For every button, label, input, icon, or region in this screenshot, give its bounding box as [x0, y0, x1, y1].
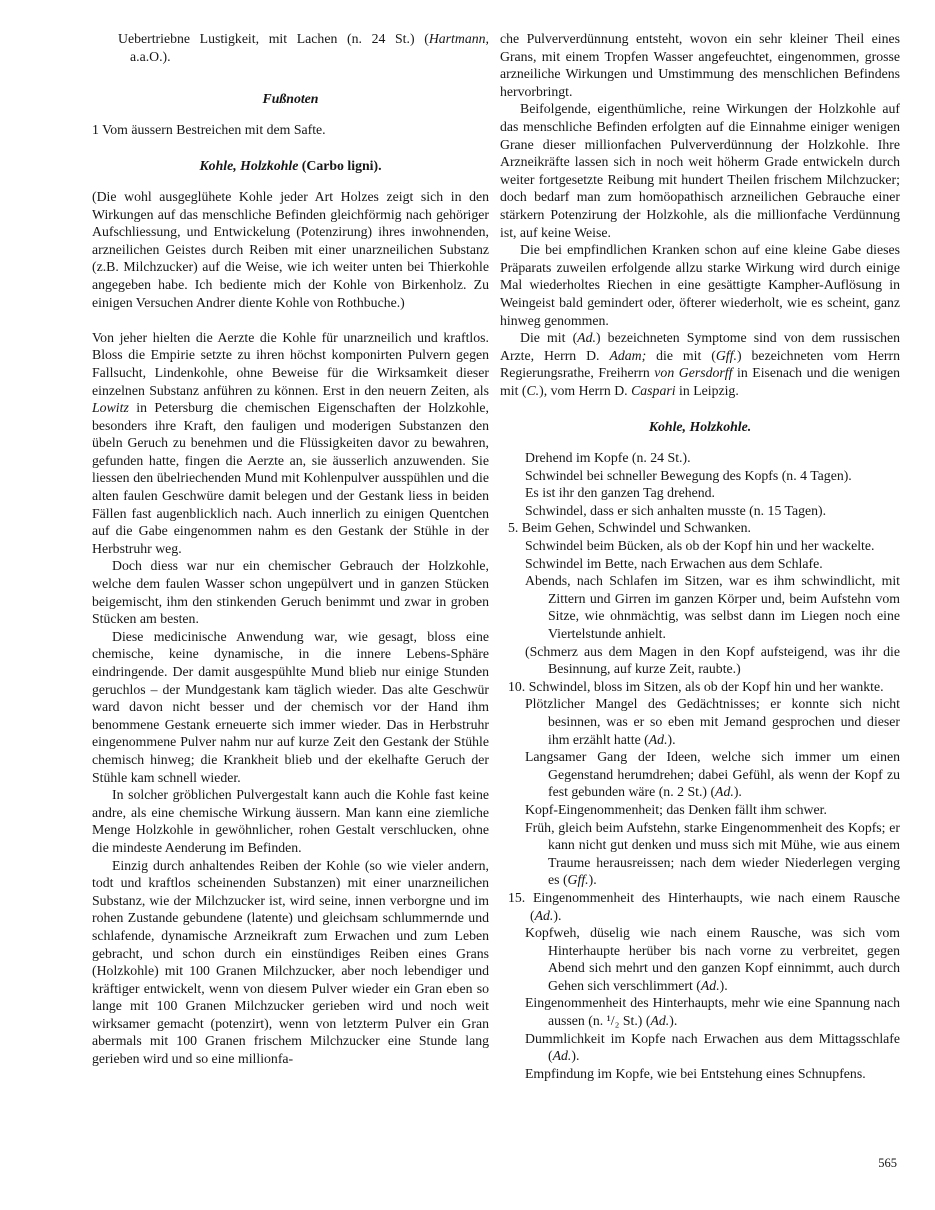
text-segment: ). — [720, 978, 728, 993]
text-segment: Beifolgende, eigenthümliche, reine Wirku… — [500, 101, 900, 239]
symptom-item: Dummlichkeit im Kopfe nach Erwachen aus … — [500, 1030, 900, 1065]
symptom-item: 10. Schwindel, bloss im Sitzen, als ob d… — [500, 678, 900, 696]
text-segment: Langsamer Gang der Ideen, welche sich im… — [525, 749, 900, 799]
text-segment: Die mit ( — [520, 330, 577, 345]
text-segment: Gff. — [568, 872, 589, 887]
text-segment: Schwindel bei schneller Bewegung des Kop… — [525, 468, 852, 483]
text-segment: Beim Gehen, Schwindel und Schwanken. — [522, 520, 751, 535]
symptom-number: 5. — [508, 520, 522, 535]
text-segment: a.a.O.). — [130, 49, 171, 64]
text-segment: Ad. — [535, 908, 554, 923]
text-segment: Ad. — [553, 1048, 572, 1063]
symptom-item: Schwindel bei schneller Bewegung des Kop… — [500, 467, 900, 485]
columns: Uebertriebne Lustigkeit, mit Lachen (n. … — [92, 30, 900, 1082]
text-segment: Uebertriebne Lustigkeit, mit Lachen (n. … — [118, 31, 429, 46]
text-segment: Einzig durch anhaltendes Reiben der Kohl… — [92, 858, 489, 1067]
text-segment: Ad. — [715, 784, 734, 799]
chapter-heading: Kohle, Holzkohle (Carbo ligni). — [92, 157, 489, 175]
text-segment: Ad. — [649, 732, 668, 747]
text-segment: Schwindel, bloss im Sitzen, als ob der K… — [529, 679, 884, 694]
text-segment: In solcher gröblichen Pulvergestalt kann… — [92, 787, 489, 855]
text-segment: in Petersburg die chemischen Eigenschaft… — [92, 400, 489, 556]
text-segment: Doch diess war nur ein chemischer Gebrau… — [92, 558, 489, 626]
paragraph: In solcher gröblichen Pulvergestalt kann… — [92, 786, 489, 856]
text-segment: Hartmann, — [429, 31, 489, 46]
text-segment: Adam; — [609, 348, 646, 363]
text-segment: Caspari — [631, 383, 675, 398]
text-segment: ). — [734, 784, 742, 799]
paragraph: (Die wohl ausgeglühete Kohle jeder Art H… — [92, 188, 489, 311]
symptom-number: 15. — [508, 890, 533, 905]
text-segment: Ad. — [577, 330, 596, 345]
symptom-item: Plötzlicher Mangel des Gedächtnisses; er… — [500, 695, 900, 748]
symptom-item: Früh, gleich beim Aufstehn, starke Einge… — [500, 819, 900, 889]
text-segment: Drehend im Kopfe (n. 24 St.). — [525, 450, 691, 465]
paragraph: Einzig durch anhaltendes Reiben der Kohl… — [92, 857, 489, 1068]
text-segment: (Die wohl ausgeglühete Kohle jeder Art H… — [92, 189, 489, 310]
paragraph: Beifolgende, eigenthümliche, reine Wirku… — [500, 100, 900, 241]
text-segment: Kopf-Eingenommenheit; das Denken fällt i… — [525, 802, 827, 817]
text-segment: Plötzlicher Mangel des Gedächtnisses; er… — [525, 696, 900, 746]
symptom-item: Drehend im Kopfe (n. 24 St.). — [500, 449, 900, 467]
paragraph: Doch diess war nur ein chemischer Gebrau… — [92, 557, 489, 627]
text-segment: Die bei empfindlichen Kranken schon auf … — [500, 242, 900, 327]
text-segment: in Leipzig. — [676, 383, 739, 398]
text-segment: (Carbo ligni). — [298, 158, 381, 173]
text-segment: Es ist ihr den ganzen Tag drehend. — [525, 485, 715, 500]
text-segment: Schwindel, dass er sich anhalten musste … — [525, 503, 826, 518]
page-number: 565 — [878, 1156, 897, 1170]
text-segment: Ad. — [701, 978, 720, 993]
text-segment: ). — [668, 732, 676, 747]
right-paragraphs: che Pulververdünnung entsteht, wovon ein… — [500, 30, 900, 399]
text-segment: ). — [571, 1048, 579, 1063]
symptom-item: 15. Eingenommenheit des Hinterhaupts, wi… — [500, 889, 900, 924]
paragraph: Diese medicinische Anwendung war, wie ge… — [92, 628, 489, 786]
text-segment: Schwindel beim Bücken, als ob der Kopf h… — [525, 538, 874, 553]
text-segment: ), vom Herrn D. — [539, 383, 631, 398]
text-segment: Eingenommenheit des Hinterhaupts, mehr w… — [525, 995, 900, 1028]
book-page: Uebertriebne Lustigkeit, mit Lachen (n. … — [0, 0, 935, 1210]
symptom-item-carryover: Uebertriebne Lustigkeit, mit Lachen (n. … — [92, 30, 489, 65]
symptom-item: Langsamer Gang der Ideen, welche sich im… — [500, 748, 900, 801]
paragraph: Die bei empfindlichen Kranken schon auf … — [500, 241, 900, 329]
symptom-item: Abends, nach Schlafen im Sitzen, war es … — [500, 572, 900, 642]
text-segment: C. — [526, 383, 539, 398]
text-segment: Schwindel im Bette, nach Erwachen aus de… — [525, 556, 823, 571]
symptoms-heading: Kohle, Holzkohle. — [500, 418, 900, 436]
text-segment: Fußnoten — [263, 91, 319, 106]
paragraph: che Pulververdünnung entsteht, wovon ein… — [500, 30, 900, 100]
paragraph: Von jeher hielten die Aerzte die Kohle f… — [92, 329, 489, 558]
text-segment: ). — [589, 872, 597, 887]
symptom-item: Eingenommenheit des Hinterhaupts, mehr w… — [500, 994, 900, 1029]
symptom-item: Kopf-Eingenommenheit; das Denken fällt i… — [500, 801, 900, 819]
text-segment: (Schmerz aus dem Magen in den Kopf aufst… — [525, 644, 900, 677]
text-segment: Lowitz — [92, 400, 129, 415]
text-segment: die mit ( — [646, 348, 716, 363]
text-segment: Gff. — [716, 348, 737, 363]
text-segment: Kohle, Holzkohle. — [649, 419, 751, 434]
symptom-number: 10. — [508, 679, 529, 694]
text-segment: Eingenommenheit des Hinterhaupts, wie na… — [530, 890, 900, 923]
symptom-item: Schwindel, dass er sich anhalten musste … — [500, 502, 900, 520]
text-segment: Ad. — [650, 1013, 669, 1028]
text-segment: Empfindung im Kopfe, wie bei Entstehung … — [525, 1066, 866, 1081]
symptom-item: Schwindel im Bette, nach Erwachen aus de… — [500, 555, 900, 573]
right-column: che Pulververdünnung entsteht, wovon ein… — [500, 30, 900, 1082]
text-segment: Kohle, Holzkohle — [199, 158, 298, 173]
left-paragraphs: (Die wohl ausgeglühete Kohle jeder Art H… — [92, 188, 489, 1068]
text-segment: von Gersdorff — [654, 365, 732, 380]
symptoms-list: Drehend im Kopfe (n. 24 St.).Schwindel b… — [500, 449, 900, 1082]
left-column: Uebertriebne Lustigkeit, mit Lachen (n. … — [92, 30, 489, 1082]
text-segment: Abends, nach Schlafen im Sitzen, war es … — [525, 573, 900, 641]
symptom-item: 5. Beim Gehen, Schwindel und Schwanken. — [500, 519, 900, 537]
symptom-item: Es ist ihr den ganzen Tag drehend. — [500, 484, 900, 502]
footnotes-heading: Fußnoten — [92, 90, 489, 108]
text-segment: Dummlichkeit im Kopfe nach Erwachen aus … — [525, 1031, 900, 1064]
text-segment: Von jeher hielten die Aerzte die Kohle f… — [92, 330, 489, 398]
text-segment: ). — [669, 1013, 677, 1028]
paragraph: Die mit (Ad.) bezeichneten Symptome sind… — [500, 329, 900, 399]
symptom-item: Schwindel beim Bücken, als ob der Kopf h… — [500, 537, 900, 555]
symptom-item: (Schmerz aus dem Magen in den Kopf aufst… — [500, 643, 900, 678]
text-segment: ). — [553, 908, 561, 923]
text-segment: Diese medicinische Anwendung war, wie ge… — [92, 629, 489, 785]
symptom-item: Kopfweh, düselig wie nach einem Rausche,… — [500, 924, 900, 994]
footnote-text: 1 Vom äussern Bestreichen mit dem Safte. — [92, 121, 489, 139]
symptom-item: Empfindung im Kopfe, wie bei Entstehung … — [500, 1065, 900, 1083]
text-segment: che Pulververdünnung entsteht, wovon ein… — [500, 31, 900, 99]
